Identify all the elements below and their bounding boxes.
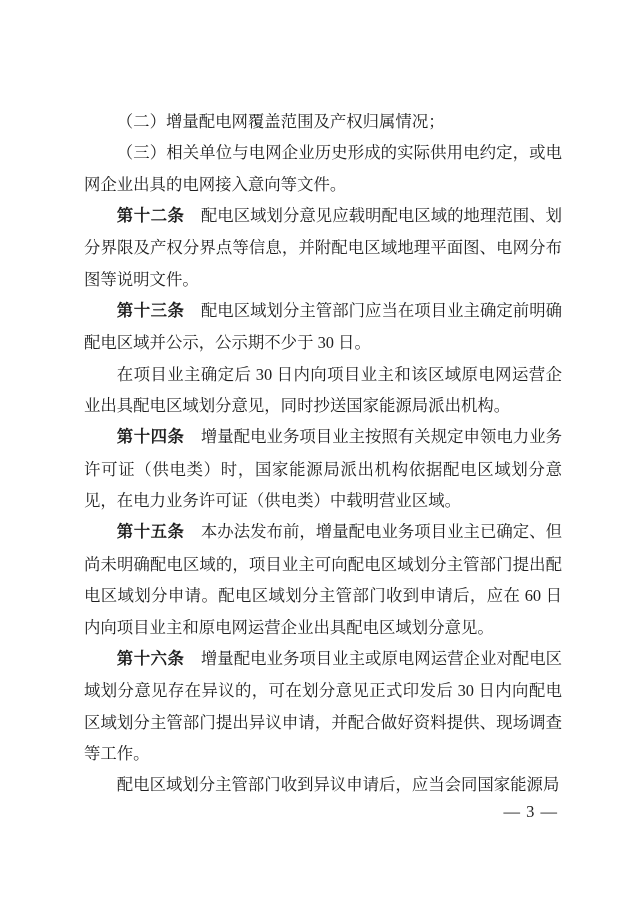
paragraph: 第十二条 配电区域划分意见应载明配电区域的地理范围、划分界限及产权分界点等信息，… — [84, 200, 562, 295]
paragraph: 第十六条 增量配电业务项目业主或原电网运营企业对配电区域划分意见存在异议的，可在… — [84, 643, 562, 769]
article-number: 第十三条 — [117, 302, 185, 320]
paragraph: （三）相关单位与电网企业历史形成的实际供用电约定，或电网企业出具的电网接入意向等… — [84, 137, 562, 200]
paragraph: 在项目业主确定后 30 日内向项目业主和该区域原电网运营企业出具配电区域划分意见… — [84, 359, 562, 422]
body-text: （二）增量配电网覆盖范围及产权归属情况；（三）相关单位与电网企业历史形成的实际供… — [84, 106, 562, 801]
paragraph-text: 配电区域划分主管部门收到异议申请后，应当会同国家能源局 — [117, 775, 560, 794]
paragraph: （二）增量配电网覆盖范围及产权归属情况； — [84, 106, 562, 137]
document-page: （二）增量配电网覆盖范围及产权归属情况；（三）相关单位与电网企业历史形成的实际供… — [0, 0, 640, 905]
paragraph: 配电区域划分主管部门收到异议申请后，应当会同国家能源局 — [84, 769, 562, 800]
paragraph: 第十三条 配电区域划分主管部门应当在项目业主确定前明确配电区域并公示，公示期不少… — [84, 295, 562, 359]
article-number: 第十五条 — [117, 523, 185, 541]
paragraph-text: （二）增量配电网覆盖范围及产权归属情况； — [117, 112, 445, 131]
paragraph-text: 在项目业主确定后 30 日内向项目业主和该区域原电网运营企业出具配电区域划分意见… — [84, 365, 562, 415]
article-number: 第十四条 — [117, 428, 185, 446]
article-number: 第十六条 — [117, 650, 185, 668]
paragraph: 第十五条 本办法发布前，增量配电业务项目业主已确定、但尚未明确配电区域的，项目业… — [84, 516, 562, 642]
article-number: 第十二条 — [117, 207, 185, 225]
paragraph: 第十四条 增量配电业务项目业主按照有关规定申领电力业务许可证（供电类）时，国家能… — [84, 421, 562, 516]
paragraph-text: （三）相关单位与电网企业历史形成的实际供用电约定，或电网企业出具的电网接入意向等… — [84, 143, 562, 193]
page-number: — 3 — — [504, 802, 559, 822]
